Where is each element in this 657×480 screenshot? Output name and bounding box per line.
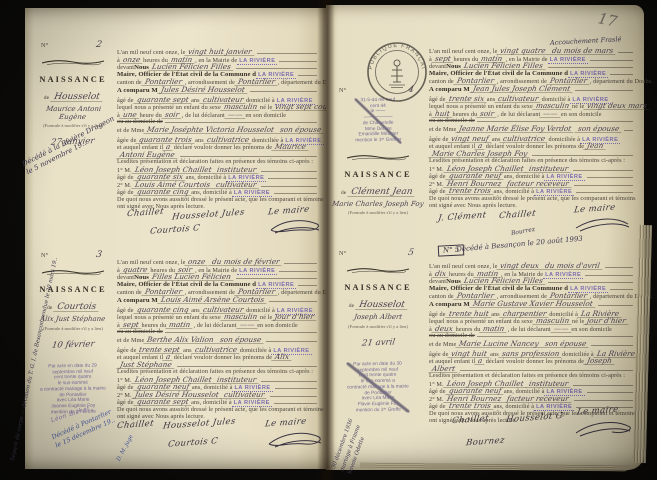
form-line: devant Nous Lucien Félicien Filles — [429, 62, 635, 70]
handwritten-entry: —— — [550, 325, 572, 333]
rule-filler — [274, 192, 317, 194]
handwritten-entry: son épouse — [216, 336, 265, 344]
handwritten-entry: cultivatrice — [500, 135, 549, 143]
handwritten-entry: Jeanne Marie Élise Foy Verdot — [456, 125, 576, 133]
rule-filler — [274, 402, 317, 404]
record-type-title: NAISSANCE — [344, 170, 411, 179]
no-label: N° — [339, 87, 346, 94]
handwritten-entry: quarante cinq — [133, 188, 192, 196]
form-line: lequel nous a présenté un enfant du sexe… — [117, 313, 319, 321]
child-surname-line: de Clément Jean — [341, 181, 415, 199]
handwritten-entry: huit — [431, 110, 453, 118]
handwritten-entry: deux — [431, 325, 456, 333]
form-line: A comparu M Jules Désiré Housselot — [117, 86, 319, 94]
child-surname: Housselot — [50, 94, 103, 102]
printed-text: canton de — [117, 79, 142, 86]
form-line: L'an mil neuf cent onze, le vingt huit j… — [117, 48, 319, 56]
rule-filler — [275, 387, 317, 389]
act-body: L'an mil neuf cent onze, le onzedu mois … — [117, 258, 319, 421]
rule-filler — [261, 380, 317, 382]
printed-text: âgée de — [117, 347, 136, 354]
form-line: L'an mil neuf cent onze, le vingt deuxdu… — [429, 262, 635, 270]
handwritten-entry: instituteur — [214, 166, 261, 174]
handwritten-entry: a — [475, 357, 487, 365]
act-number: N°5 — [331, 250, 425, 257]
handwritten-entry: cultivateur — [221, 391, 269, 399]
printed-text: et de Mme — [429, 126, 456, 133]
printed-text: déclaré vouloir donner les prénoms de — [486, 358, 584, 365]
printed-text: âgée de — [429, 136, 448, 143]
rule-filler — [236, 277, 317, 279]
handwritten-entry: sept — [119, 321, 142, 329]
handwritten-entry: instituteur — [214, 376, 261, 384]
handwritten-entry: vingt huit janvier — [185, 48, 256, 56]
rule-filler — [177, 365, 317, 367]
form-line: et auquel enfant il adéclaré vouloir don… — [429, 357, 635, 365]
ornament-divider — [41, 53, 105, 71]
rule-filler — [279, 270, 317, 272]
printed-text: 2° M. — [117, 182, 132, 189]
handwritten-entry: du mois de mars — [548, 47, 617, 55]
handwritten-entry: cultivateur — [212, 181, 260, 189]
form-line: Antoni Eugène — [117, 151, 319, 159]
form-line: L'an mil neuf cent onze, le vingt quatre… — [429, 47, 635, 55]
rule-filler — [576, 191, 633, 193]
form-line: lequel nous a présenté un enfant du sexe… — [429, 317, 635, 325]
form-line: et de Mme Berthe Alix Valionson épouse — [117, 336, 319, 344]
printed-text: Maire, Officier de l'État civil de la Co… — [117, 281, 256, 288]
printed-text: déclaré vouloir donner les prénoms de — [174, 144, 272, 151]
binding-gutter — [317, 0, 335, 480]
handwritten-entry: Lucien Félicien Filles — [148, 63, 234, 71]
handwritten-entry: cultivatrice — [191, 346, 240, 354]
register-photo: N°2NAISSANCEde HousselotMaurice Antoni E… — [0, 0, 657, 480]
rule-filler — [605, 266, 633, 268]
handwritten-entry: Maurice — [271, 143, 309, 151]
rule-filler — [575, 89, 633, 91]
rule-filler — [573, 384, 633, 386]
printed-text: De quoi nous avons aussitôt dressé le pr… — [429, 195, 636, 202]
child-surname-line: de Courtois — [47, 296, 99, 314]
child-surname: Courtois — [53, 304, 99, 312]
rule-filler — [460, 369, 633, 371]
form-line: âgé de quarante septans, domicilié à LA … — [117, 398, 319, 406]
printed-text: 1° M. — [429, 166, 444, 173]
commune-stamp: LA RIVIÈRE — [237, 58, 277, 65]
handwritten-entry: son épouse — [541, 340, 590, 348]
commune-stamp: LA RIVIÈRE — [237, 268, 277, 275]
printed-text: en son domicile — [257, 322, 298, 329]
form-line: et de Mme Marie Lucine Nanceyson épouse — [429, 340, 635, 348]
handwritten-entry: onze — [119, 56, 144, 64]
printed-text: De quoi nous avons aussitôt dressé le pr… — [117, 406, 324, 413]
signature-bournez: Bournez — [465, 436, 505, 449]
rule-filler — [261, 170, 317, 172]
form-note: (Formule à modifier s'il y a lieu) — [348, 324, 408, 329]
handwritten-entry: soir — [477, 110, 498, 118]
rule-filler — [548, 66, 633, 68]
record-type-title: NAISSANCE — [39, 75, 106, 84]
rule-filler — [618, 51, 633, 53]
act-body: L'an mil neuf cent onze, le vingt deuxdu… — [429, 262, 635, 425]
printed-text: domiciliée à — [240, 347, 272, 354]
handwritten-entry: sept — [431, 55, 454, 63]
act-number-value: 2 — [93, 42, 106, 49]
handwritten-entry: Jean Jules Joseph Clément — [469, 85, 574, 93]
act-number-value: 5 — [405, 250, 418, 257]
child-given-names: Marie Charles Joseph Foy — [332, 201, 425, 209]
printed-text: en son domicile — [571, 326, 612, 333]
printed-text: 1° M. — [429, 381, 444, 388]
child-given-names: Alix Just Stéphane — [40, 316, 106, 324]
handwritten-entry: Joseph — [583, 357, 615, 365]
printed-text: 1° M. — [117, 377, 132, 384]
handwritten-entry: Lucien Félicien Filles — [460, 277, 546, 285]
rule-filler — [610, 73, 633, 75]
handwritten-entry: Filles Lucien Félicien — [148, 273, 234, 281]
handwritten-entry: instituteur — [526, 165, 573, 173]
printed-text: âgé de — [429, 388, 446, 395]
printed-text: en son domicile — [245, 112, 286, 119]
form-line: devant Nous Lucien Félicien Filles — [117, 63, 319, 71]
handwritten-entry: —— — [236, 321, 258, 329]
printed-text: De quoi nous avons aussitôt dressé le pr… — [117, 196, 324, 203]
printed-text: , de lui déclarant — [182, 112, 225, 119]
handwritten-entry: une — [119, 111, 140, 119]
death-marginal-note: Décédé à Besançon le 20 août 1993 — [456, 230, 631, 254]
handwritten-entry: Alix — [271, 353, 292, 361]
republique-francaise-seal: RÉPUBLIQUE FRANÇAISE — [366, 41, 428, 103]
form-line: A comparu M Jean Jules Joseph Clément — [429, 85, 635, 93]
form-note: (Formule à modifier s'il y a lieu) — [348, 210, 408, 215]
printed-text: et de Mme — [117, 337, 144, 344]
printed-text: 1° M. — [117, 167, 132, 174]
handwritten-entry: du mois d'avril — [542, 262, 604, 270]
form-line: et de Mme Marie Joséphte Victoria Housse… — [117, 126, 319, 134]
rule-filler — [261, 185, 317, 187]
rule-filler — [598, 304, 633, 306]
form-line: lequel nous a présenté un enfant du sexe… — [429, 102, 635, 110]
act-date: 10 février — [51, 339, 95, 350]
page-left: N°2NAISSANCEde HousselotMaurice Antoni E… — [25, 8, 326, 469]
rule-filler — [269, 300, 317, 302]
child-surname: Housselot — [355, 302, 408, 310]
handwritten-entry: facteur receveur — [503, 180, 572, 188]
handwritten-entry: jour d'hier — [272, 313, 318, 321]
handwritten-entry: Marie Gustave Xavier Housselot — [469, 300, 596, 308]
handwritten-entry: quarante cinq — [133, 306, 192, 314]
marginal-mention: 31-5-44 mil neuf cent 44 le —— —————— de… — [354, 98, 401, 144]
form-line: lequel nous a présenté un enfant du sexe… — [117, 103, 319, 111]
handwritten-entry: trente huit — [445, 310, 492, 318]
handwritten-entry: Antoni Eugène — [116, 151, 178, 159]
handwritten-entry: quarante sept — [133, 398, 192, 406]
signature-courtois: Courtois C — [149, 223, 200, 237]
act-number: N°2 — [33, 42, 113, 49]
rule-filler — [591, 344, 633, 346]
handwritten-entry: trente trois — [445, 402, 494, 410]
handwritten-entry: Louis Aimé Arsène Courtois — [157, 296, 268, 304]
printed-text: canton de — [117, 289, 142, 296]
rule-filler — [574, 399, 633, 401]
handwritten-entry: matin — [480, 325, 509, 333]
ornament-divider — [346, 261, 410, 279]
act-body: L'an mil neuf cent onze, le vingt huit j… — [117, 48, 319, 211]
act-number-value: 3 — [93, 252, 106, 259]
form-line: Just Stéphane — [117, 361, 319, 369]
handwritten-entry: —— — [224, 111, 246, 119]
act-margin: N°3NAISSANCEde CourtoisAlix Just Stéphan… — [33, 252, 113, 415]
handwritten-entry: Marie Lucine Nancey — [456, 340, 543, 348]
form-line: âgé de quarante cinqans, domicilié à LA … — [117, 188, 319, 196]
printed-text: âgée de — [117, 137, 136, 144]
handwritten-entry: —— — [540, 110, 562, 118]
handwritten-entry: Albert — [428, 365, 458, 373]
rule-filler — [236, 67, 317, 69]
printed-text: Maire, Officier de l'État civil de la Co… — [429, 285, 568, 292]
act-body: L'an mil neuf cent onze, le vingt quatre… — [429, 47, 635, 210]
form-line: Marie Charles Joseph Foy — [429, 150, 635, 158]
record-type-title: NAISSANCE — [344, 283, 411, 292]
commune-stamp: LA RIVIÈRE — [548, 57, 588, 64]
rule-filler — [165, 331, 317, 333]
rule-filler — [587, 391, 633, 393]
printed-text: A comparu M — [117, 297, 158, 304]
printed-text: Maire, Officier de l'État civil de la Co… — [117, 71, 256, 78]
handwritten-entry: trente six — [445, 95, 488, 103]
marginal-mention: Par acte en date du 29 septembre mil neu… — [40, 363, 107, 415]
handwritten-entry: matin — [166, 321, 195, 329]
printed-text: âgé de — [429, 173, 446, 180]
form-line: Albert — [429, 365, 635, 373]
printed-text: ont signé avec Nous après lecture. — [429, 202, 517, 209]
printed-text: , de lui déclarant — [508, 326, 551, 333]
printed-text: A comparu M — [429, 301, 470, 308]
printed-text: 2° M. — [429, 396, 444, 403]
rule-filler — [268, 177, 317, 179]
handwritten-entry: vingt quatre — [497, 47, 550, 55]
commune-stamp: LA RIVIÈRE — [543, 272, 583, 279]
printed-text: en son domicile — [561, 111, 602, 118]
act-margin: N°5NAISSANCEde HousselotJoseph Albert(Fo… — [331, 250, 425, 413]
rule-filler — [180, 155, 317, 157]
scrawl-note: Bourrez — [510, 226, 535, 239]
printed-text: âgé de — [429, 311, 446, 318]
handwritten-entry: Marie Charles Joseph Foy — [428, 150, 531, 158]
handwritten-entry: Just Stéphane — [116, 361, 175, 369]
rule-filler — [250, 90, 318, 92]
form-line: De quoi nous avons aussitôt dressé le pr… — [429, 195, 635, 203]
rule-filler — [624, 129, 633, 131]
handwritten-entry: dix — [431, 270, 450, 278]
marginal-mention: Par acte en date du 30 septembre mil neu… — [347, 361, 410, 413]
rule-filler — [298, 284, 317, 286]
handwritten-entry: Jules Désiré Housselot — [157, 86, 248, 94]
printed-text: 2° M. — [117, 392, 132, 399]
printed-text: âgé de — [429, 96, 446, 103]
rule-filler — [284, 262, 317, 264]
printed-text: 2° M. — [429, 181, 444, 188]
handwritten-entry: quarante sept — [133, 96, 192, 104]
child-surname-line: de Housselot — [44, 86, 103, 104]
no-label: N° — [41, 252, 48, 259]
form-line: A comparu M Marie Gustave Xavier Houssel… — [429, 300, 635, 308]
rule-filler — [610, 288, 633, 290]
printed-text: âgé de — [117, 307, 134, 314]
handwritten-entry: du mois de février — [208, 258, 283, 266]
form-line: à uneheure du soir, de lui déclarant ——e… — [117, 111, 319, 119]
handwritten-entry: soir — [161, 111, 182, 119]
rule-filler — [574, 184, 633, 186]
printed-text: âgé de — [117, 384, 134, 391]
rule-filler — [573, 169, 633, 171]
handwritten-entry: vingt deux — [497, 262, 543, 270]
no-label: N° — [41, 42, 48, 49]
rule-filler — [477, 335, 633, 337]
no-label: N° — [339, 250, 346, 257]
form-line: et de Mme Jeanne Marie Élise Foy Verdots… — [429, 125, 635, 133]
form-line: à septheures du matin, de lui déclarant … — [117, 321, 319, 329]
printed-text: déclaré vouloir donner les prénoms de — [174, 354, 272, 361]
child-given-names: Joseph Albert — [353, 314, 402, 322]
form-line: âgé de trente troisans, domicilié à LA R… — [429, 187, 635, 195]
rule-filler — [532, 154, 633, 156]
signature-courtois: Courtois C — [167, 436, 218, 450]
form-line: A comparu M Louis Aimé Arsène Courtois — [117, 296, 319, 304]
signature-paraph — [574, 419, 632, 439]
handwritten-entry: Berthe Alix Valion — [144, 336, 218, 344]
act-date: 21 avril — [361, 337, 395, 348]
page-right: N°4NAISSANCEde Clément JeanMarie Charles… — [326, 5, 644, 470]
printed-text: A comparu M — [429, 86, 470, 93]
printed-text: , département du Doubs. — [590, 78, 653, 85]
rule-filler — [266, 340, 317, 342]
handwritten-entry: sans profession — [498, 350, 563, 358]
printed-text: âgé de — [117, 174, 134, 181]
printed-text: A comparu M — [117, 87, 158, 94]
form-note: (Formule à modifier s'il y a lieu) — [43, 326, 103, 331]
handwritten-entry: facteur receveur — [503, 395, 572, 403]
rule-filler — [587, 176, 633, 178]
printed-text: Maire, Officier de l'État civil de la Co… — [429, 70, 568, 77]
printed-text: âgée de — [429, 351, 448, 358]
signature-paraph — [269, 218, 321, 236]
printed-text: et de Mme — [429, 341, 456, 348]
handwritten-entry: instituteur — [526, 380, 573, 388]
handwritten-entry: jour d'hier — [584, 317, 630, 325]
form-line: à deuxheures du matin, de lui déclarant … — [429, 325, 635, 333]
printed-text: canton de — [429, 78, 454, 85]
printed-text: , de lui déclarant — [497, 111, 540, 118]
printed-text: âgé de — [117, 97, 134, 104]
form-line: De quoi nous avons aussitôt dressé le pr… — [117, 196, 319, 204]
form-line: devant Nous Lucien Félicien Filles — [429, 277, 635, 285]
handwritten-entry: trente trois — [445, 187, 494, 195]
rule-filler — [298, 74, 317, 76]
handwritten-entry: Lucien Félicien Filles — [460, 62, 546, 70]
child-surname: Clément Jean — [347, 189, 416, 197]
rule-filler — [270, 395, 317, 397]
form-line: De quoi nous avons aussitôt dressé le pr… — [117, 406, 319, 414]
handwritten-entry: trente sept — [136, 346, 184, 354]
rule-filler — [165, 121, 317, 123]
rule-filler — [590, 59, 633, 61]
signature-paraph — [267, 430, 323, 450]
form-line: à huitheures du soir, de lui déclarant —… — [429, 110, 635, 118]
rule-filler — [477, 120, 633, 122]
pencil-folio-number: 17 — [596, 9, 618, 31]
printed-text: domiciliée à — [549, 136, 581, 143]
rule-filler — [279, 60, 317, 62]
handwritten-entry: Marie Joséphte Victoria Housselot — [144, 126, 278, 134]
form-line: devant Nous Filles Lucien Félicien — [117, 273, 319, 281]
handwritten-entry: cultivatrice — [203, 136, 252, 144]
printed-text: canton de — [429, 293, 454, 300]
ornament-divider — [346, 148, 410, 166]
printed-text: ans — [191, 97, 200, 104]
handwritten-entry: vingt deux mars — [584, 102, 651, 110]
rule-filler — [548, 281, 633, 283]
child-surname-line: de Housselot — [349, 294, 408, 312]
handwritten-entry: quatre — [119, 266, 151, 274]
handwritten-entry: Jean — [583, 142, 607, 150]
printed-text: , de lui déclarant — [194, 322, 237, 329]
rule-filler — [585, 274, 633, 276]
handwritten-entry: son épouse — [574, 125, 623, 133]
act-number: N°3 — [33, 252, 113, 259]
rule-filler — [257, 52, 317, 54]
